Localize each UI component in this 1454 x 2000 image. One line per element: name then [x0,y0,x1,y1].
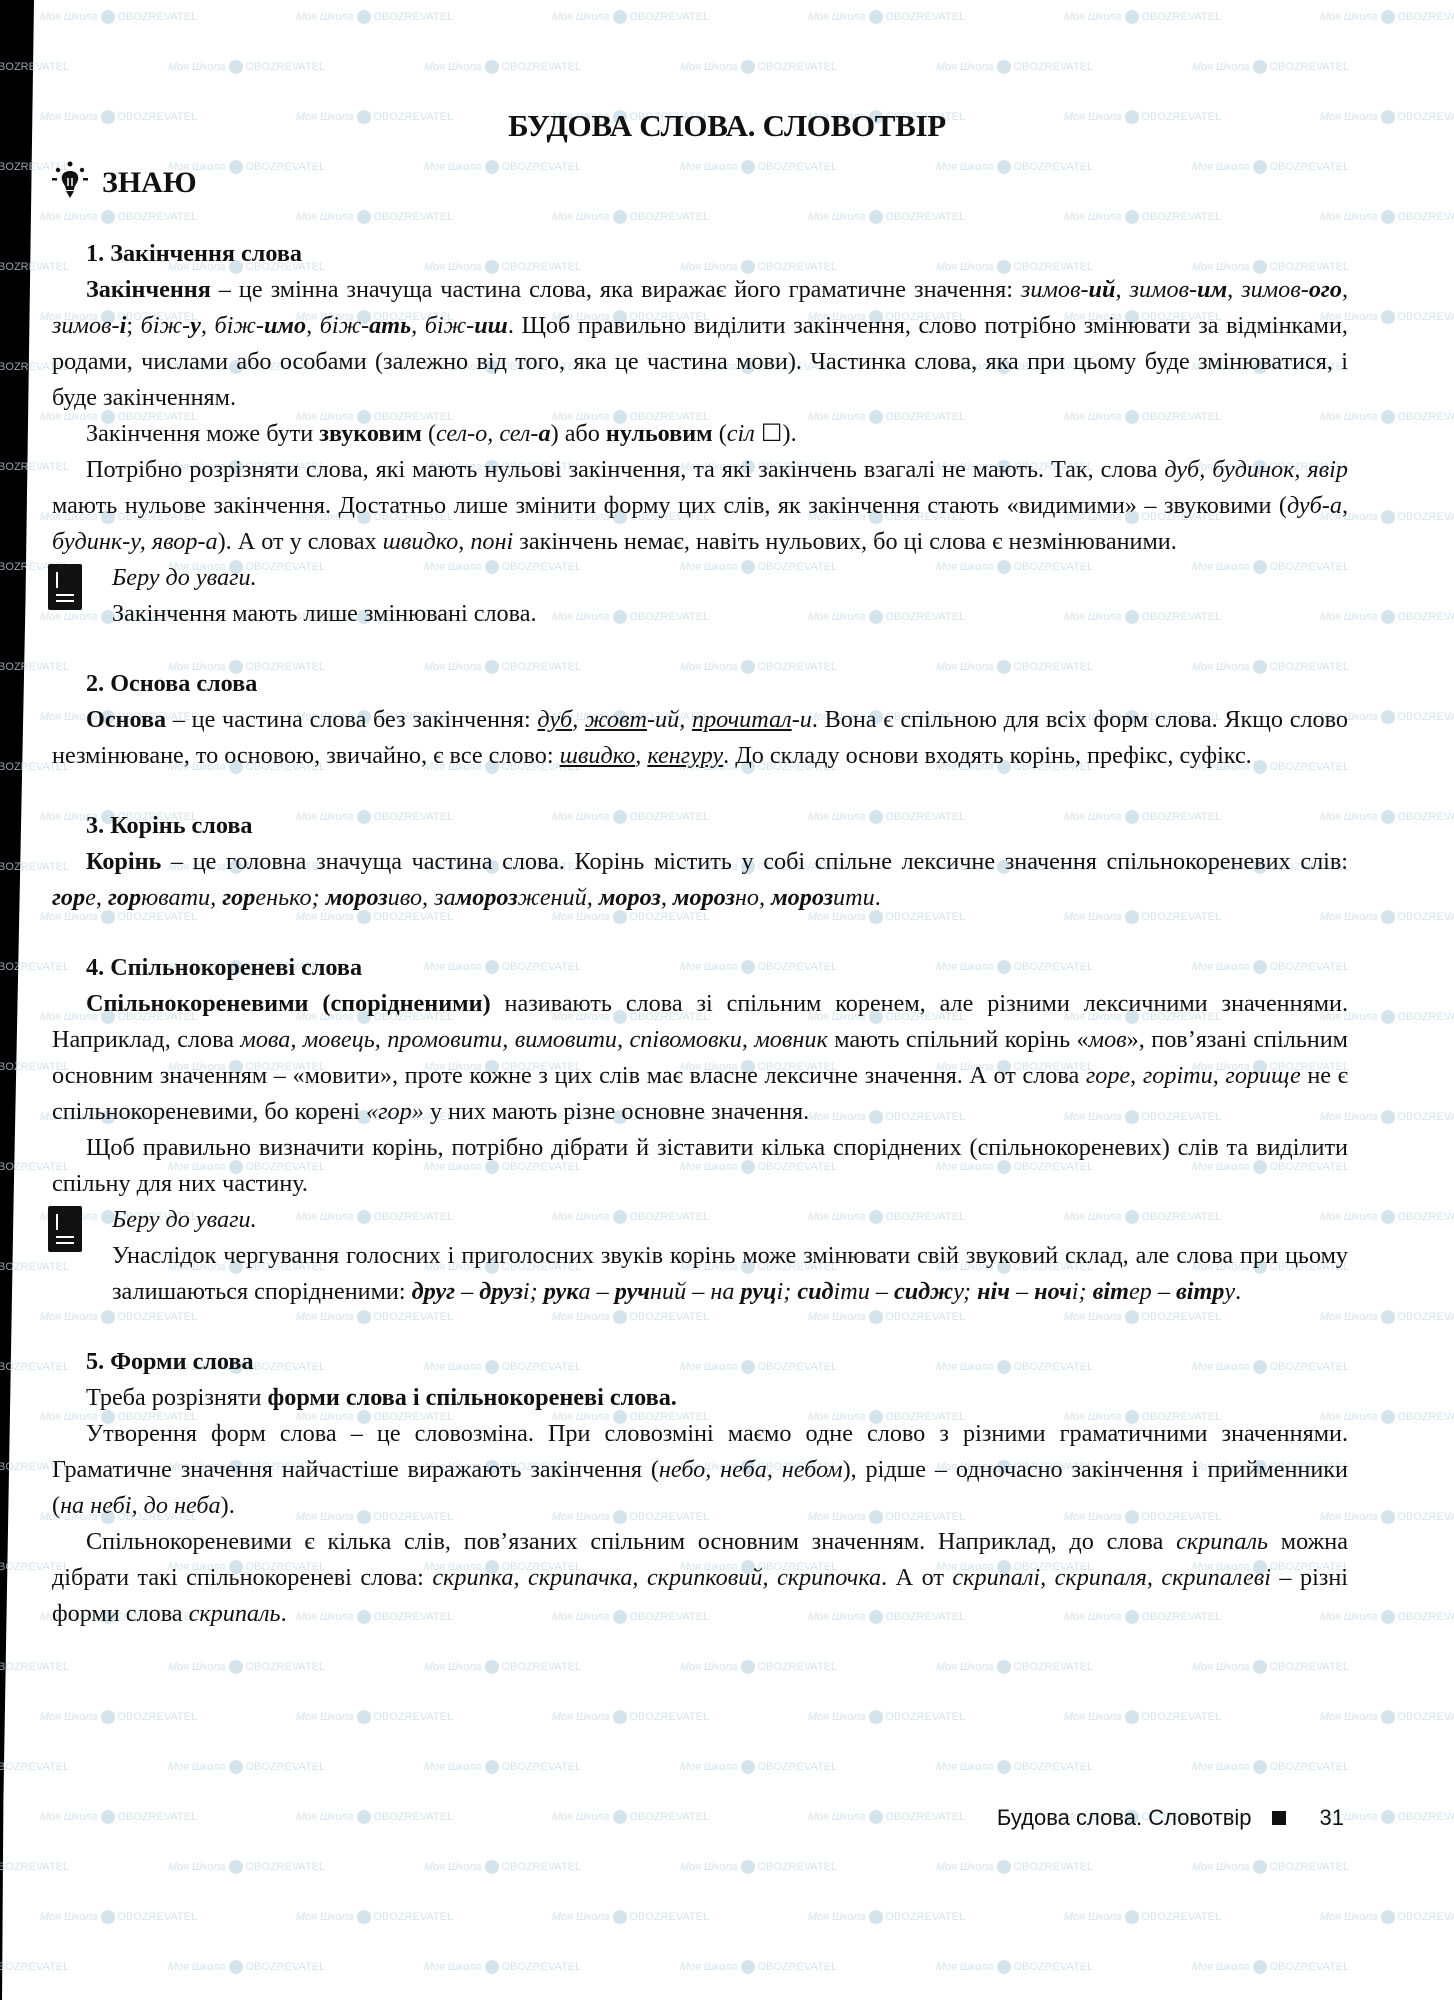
paragraph: Основа – це частина слова без закінчення… [52,702,1348,774]
scan-edge-shadow [0,0,34,2000]
watermark: Моя ШколаOBOZREVATEL [168,1860,325,1874]
watermark: Моя ШколаOBOZREVATEL [424,1860,581,1874]
paragraph: Утворення форм слова – це словозміна. Пр… [52,1416,1348,1524]
watermark: Моя ШколаOBOZREVATEL [808,210,965,224]
running-title: Будова слова. Словотвір [997,1805,1252,1831]
note-text: Закінчення мають лише змінювані слова. [112,596,1348,632]
paragraph: Потрібно розрізняти слова, які мають нул… [52,452,1348,560]
paragraph: Спільнокореневими (спорідненими) називаю… [52,986,1348,1130]
watermark: Моя ШколаOBOZREVATEL [0,1660,69,1674]
watermark: Моя ШколаOBOZREVATEL [936,60,1093,74]
watermark: Моя ШколаOBOZREVATEL [1320,1910,1454,1924]
watermark: Моя ШколаOBOZREVATEL [1192,60,1349,74]
paragraph: Закінчення може бути звуковим (сел-о, се… [52,416,1348,452]
note-box: Беру до уваги.Закінчення мають лише змін… [52,560,1348,632]
watermark: Моя ШколаOBOZREVATEL [936,1660,1093,1674]
page-footer: Будова слова. Словотвір 31 [997,1805,1344,1831]
watermark: Моя ШколаOBOZREVATEL [552,210,709,224]
section-heading: 3. Корінь слова [86,808,1348,844]
section-heading: 4. Спільнокореневі слова [86,950,1348,986]
watermark: Моя ШколаOBOZREVATEL [680,60,837,74]
watermark: Моя ШколаOBOZREVATEL [40,10,197,24]
watermark: Моя ШколаOBOZREVATEL [1320,10,1454,24]
watermark: Моя ШколаOBOZREVATEL [168,60,325,74]
watermark: Моя ШколаOBOZREVATEL [1320,1710,1454,1724]
section-gap [52,1310,1348,1344]
watermark: Моя ШколаOBOZREVATEL [680,1960,837,1974]
section-gap [52,774,1348,808]
watermark: Моя ШколаOBOZREVATEL [808,1910,965,1924]
watermark: Моя ШколаOBOZREVATEL [936,1760,1093,1774]
watermark: Моя ШколаOBOZREVATEL [552,1810,709,1824]
watermark: Моя ШколаOBOZREVATEL [1192,1860,1349,1874]
notebook-icon [48,1206,82,1252]
watermark: Моя ШколаOBOZREVATEL [424,60,581,74]
watermark: Моя ШколаOBOZREVATEL [40,1910,197,1924]
section-heading: 2. Основа слова [86,666,1348,702]
watermark: Моя ШколаOBOZREVATEL [424,1760,581,1774]
watermark: Моя ШколаOBOZREVATEL [936,1960,1093,1974]
note-label: Беру до уваги. [112,1202,1348,1238]
section-gap [52,632,1348,666]
watermark: Моя ШколаOBOZREVATEL [296,1710,453,1724]
watermark: Моя ШколаOBOZREVATEL [424,160,581,174]
watermark: Моя ШколаOBOZREVATEL [936,1860,1093,1874]
paragraph: Закінчення – це змінна значуща частина с… [52,272,1348,416]
notebook-icon [48,564,82,610]
watermark: Моя ШколаOBOZREVATEL [0,1760,69,1774]
watermark: Моя ШколаOBOZREVATEL [296,10,453,24]
watermark: Моя ШколаOBOZREVATEL [808,1810,965,1824]
paragraph: Щоб правильно визначити корінь, потрібно… [52,1130,1348,1202]
section-heading: 1. Закінчення слова [86,236,1348,272]
watermark: Моя ШколаOBOZREVATEL [168,1660,325,1674]
square-bullet-icon [1272,1811,1286,1825]
watermark: Моя ШколаOBOZREVATEL [1192,160,1349,174]
paragraph: Спільнокореневими є кілька слів, пов’яза… [52,1524,1348,1632]
watermark: Моя ШколаOBOZREVATEL [808,1710,965,1724]
watermark: Моя ШколаOBOZREVATEL [0,60,69,74]
watermark: Моя ШколаOBOZREVATEL [40,1710,197,1724]
document-body: 1. Закінчення словаЗакінчення – це змінн… [52,236,1348,1632]
watermark: Моя ШколаOBOZREVATEL [1192,1660,1349,1674]
watermark: Моя ШколаOBOZREVATEL [680,1660,837,1674]
watermark: Моя ШколаOBOZREVATEL [296,1910,453,1924]
watermark: Моя ШколаOBOZREVATEL [168,1960,325,1974]
know-label: ЗНАЮ [102,166,197,200]
watermark: Моя ШколаOBOZREVATEL [296,210,453,224]
watermark: Моя ШколаOBOZREVATEL [1064,1910,1221,1924]
section-heading: 5. Форми слова [86,1344,1348,1380]
watermark: Моя ШколаOBOZREVATEL [552,10,709,24]
watermark: Моя ШколаOBOZREVATEL [1192,1760,1349,1774]
paragraph: Корінь – це головна значуща частина слов… [52,844,1348,916]
watermark: Моя ШколаOBOZREVATEL [296,1810,453,1824]
watermark: Моя ШколаOBOZREVATEL [424,1660,581,1674]
watermark: Моя ШколаOBOZREVATEL [680,1860,837,1874]
page-number: 31 [1320,1805,1344,1831]
note-text: Унаслідок чергування голосних і приголос… [112,1238,1348,1310]
watermark: Моя ШколаOBOZREVATEL [424,1960,581,1974]
watermark: Моя ШколаOBOZREVATEL [680,1760,837,1774]
page-title: БУДОВА СЛОВА. СЛОВОТВІР [0,108,1454,144]
watermark: Моя ШколаOBOZREVATEL [808,10,965,24]
watermark: Моя ШколаOBOZREVATEL [1192,1960,1349,1974]
note-box: Беру до уваги.Унаслідок чергування голос… [52,1202,1348,1310]
watermark: Моя ШколаOBOZREVATEL [0,1860,69,1874]
watermark: Моя ШколаOBOZREVATEL [552,1910,709,1924]
watermark: Моя ШколаOBOZREVATEL [1064,1710,1221,1724]
watermark: Моя ШколаOBOZREVATEL [1320,210,1454,224]
watermark: Моя ШколаOBOZREVATEL [40,210,197,224]
watermark: Моя ШколаOBOZREVATEL [0,1960,69,1974]
watermark: Моя ШколаOBOZREVATEL [936,160,1093,174]
watermark: Моя ШколаOBOZREVATEL [40,1810,197,1824]
watermark: Моя ШколаOBOZREVATEL [552,1710,709,1724]
paragraph: Треба розрізняти форми слова і спільноко… [52,1380,1348,1416]
watermark: Моя ШколаOBOZREVATEL [1064,10,1221,24]
note-label: Беру до уваги. [112,560,1348,596]
watermark: Моя ШколаOBOZREVATEL [168,1760,325,1774]
section-gap [52,916,1348,950]
know-heading: ЗНАЮ [52,160,197,205]
watermark: Моя ШколаOBOZREVATEL [680,160,837,174]
lightbulb-icon [52,160,88,205]
watermark: Моя ШколаOBOZREVATEL [1064,210,1221,224]
